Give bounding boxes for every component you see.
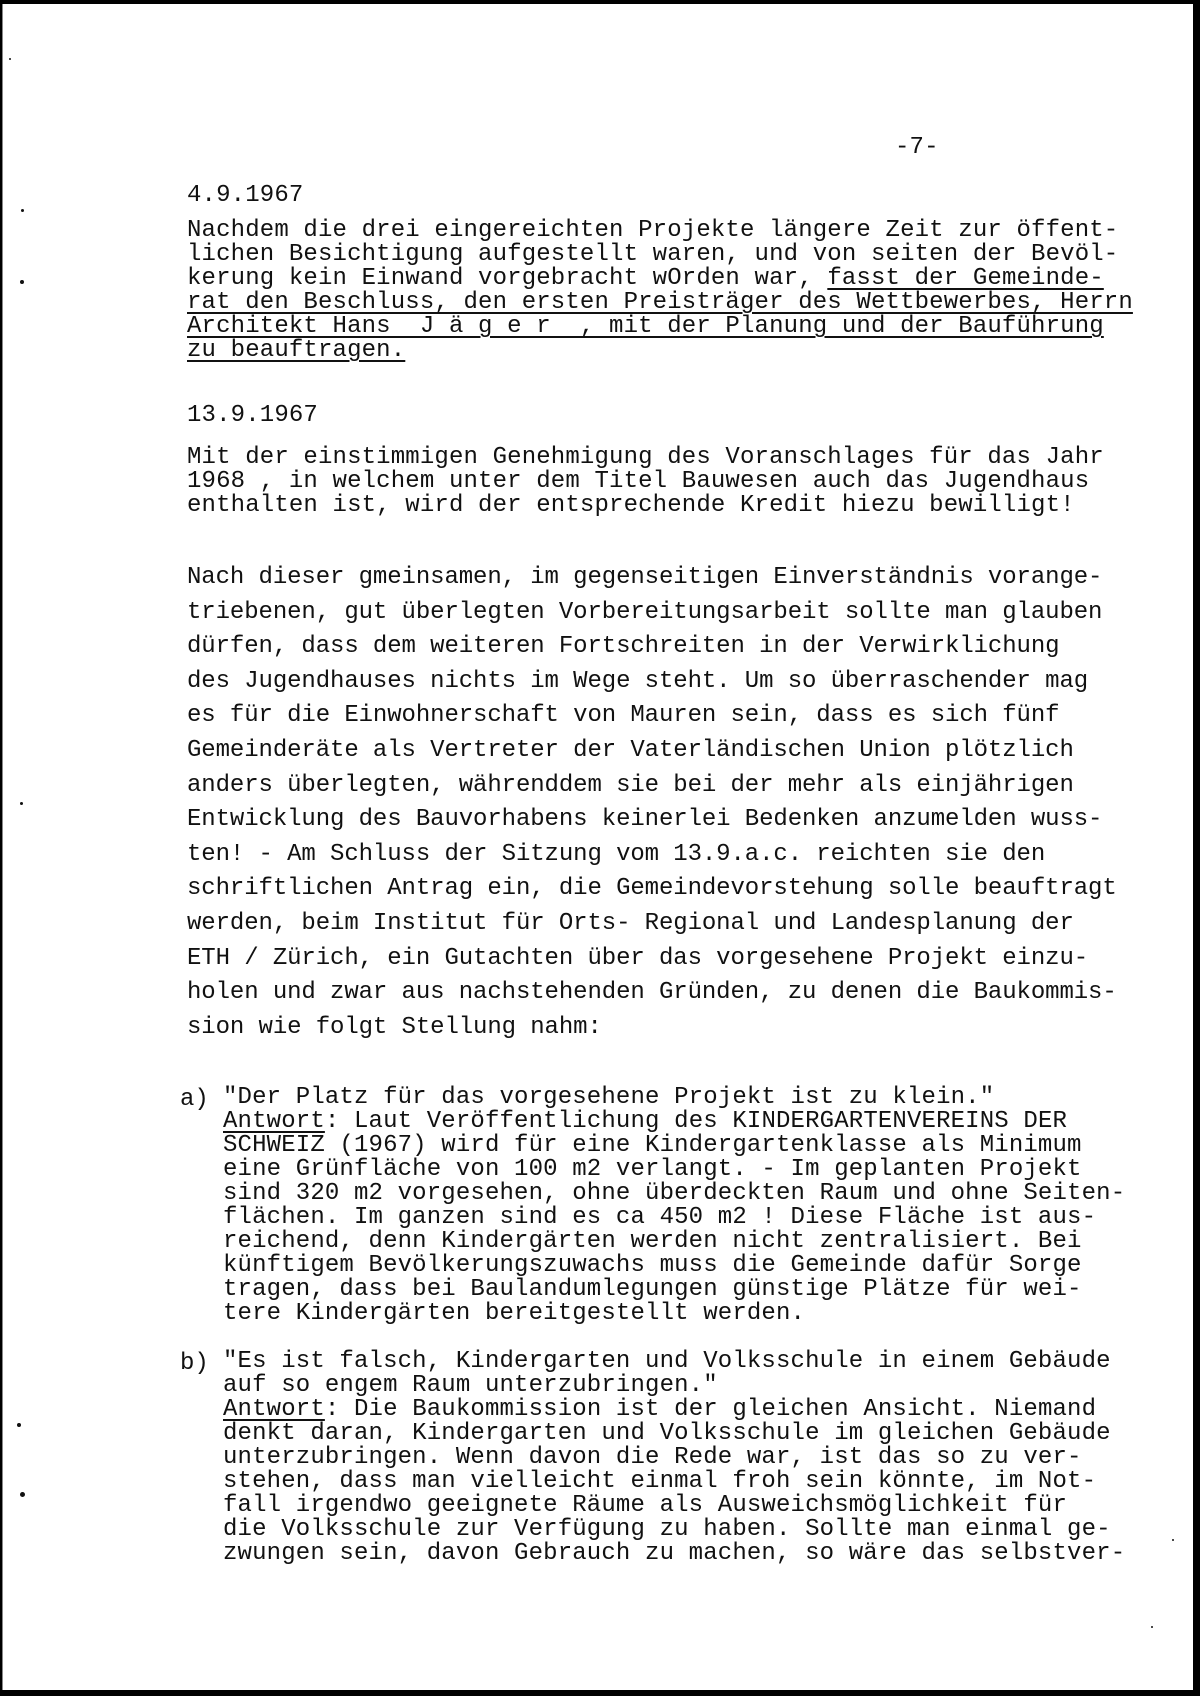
item-b-quote: auf so engem Raum unterzubringen." (223, 1374, 718, 1398)
entry1-line-underlined: rat den Beschluss, den ersten Preisträge… (187, 291, 1133, 315)
answer-sep: : (325, 1396, 354, 1423)
item-b-answer-line: zwungen sein, davon Gebrauch zu machen, … (223, 1542, 1125, 1566)
entry2-line: enthalten ist, wird der entsprechende Kr… (187, 494, 1075, 518)
entry1-line-plain: kerung kein Einwand vorgebracht wOrden w… (187, 265, 827, 292)
answer-label: Antwort (223, 1108, 325, 1135)
item-label-a: a) (180, 1086, 209, 1113)
entry1-line: Nachdem die drei eingereichten Projekte … (187, 219, 1118, 243)
paragraph-line: holen und zwar aus nachstehenden Gründen… (187, 981, 1117, 1005)
item-label-b: b) (180, 1350, 209, 1377)
entry-date-2: 13.9.1967 (187, 402, 318, 429)
scan-speck (20, 802, 23, 805)
item-b-answer-line: denkt daran, Kindergarten und Volksschul… (223, 1422, 1111, 1446)
entry-date-1: 4.9.1967 (187, 182, 303, 209)
paragraph-line: des Jugendhauses nichts im Wege steht. U… (187, 670, 1088, 694)
entry1-line: lichen Besichtigung aufgestellt waren, u… (187, 243, 1118, 267)
paragraph-line: Nach dieser gmeinsamen, im gegenseitigen… (187, 566, 1102, 590)
paragraph-line: sion wie folgt Stellung nahm: (187, 1016, 602, 1040)
paragraph-line: dürfen, dass dem weiteren Fortschreiten … (187, 635, 1059, 659)
paragraph-line: anders überlegten, währenddem sie bei de… (187, 774, 1074, 798)
entry2-line: Mit der einstimmigen Genehmigung des Vor… (187, 446, 1104, 470)
scan-speck (20, 280, 24, 284)
entry1-line-underlined: fasst der Gemeinde- (827, 265, 1104, 292)
answer-sep: : (325, 1108, 354, 1135)
item-b-answer-first: Antwort: Die Baukommission ist der gleic… (223, 1398, 1096, 1422)
item-a-answer-line: sind 320 m2 vorgesehen, ohne überdeckten… (223, 1182, 1125, 1206)
paragraph-line: triebenen, gut überlegten Vorbereitungsa… (187, 601, 1102, 625)
paragraph-line: Gemeinderäte als Vertreter der Vaterländ… (187, 739, 1074, 763)
item-a-answer-line: künftigem Bevölkerungszuwachs muss die G… (223, 1254, 1082, 1278)
paragraph-line: schriftlichen Antrag ein, die Gemeindevo… (187, 877, 1117, 901)
scan-speck (1172, 1539, 1174, 1541)
scan-speck (21, 209, 24, 212)
item-a-answer-line: eine Grünfläche von 100 m2 verlangt. - I… (223, 1158, 1082, 1182)
scan-speck (1151, 1626, 1153, 1628)
item-a-answer-line: tragen, dass bei Baulandumlegungen günst… (223, 1278, 1082, 1302)
paragraph-line: ETH / Zürich, ein Gutachten über das vor… (187, 947, 1088, 971)
item-a-answer-first: Antwort: Laut Veröffentlichung des KINDE… (223, 1110, 1067, 1134)
item-b-answer-line: die Volksschule zur Verfügung zu haben. … (223, 1518, 1111, 1542)
item-b-answer-line: stehen, dass man vielleicht einmal froh … (223, 1470, 1096, 1494)
item-b-answer-line: unterzubringen. Wenn davon die Rede war,… (223, 1446, 1082, 1470)
item-a-answer-line: reichend, denn Kindergärten werden nicht… (223, 1230, 1082, 1254)
paragraph-line: Entwicklung des Bauvorhabens keinerlei B… (187, 808, 1102, 832)
paragraph-line: werden, beim Institut für Orts- Regional… (187, 912, 1074, 936)
item-b-answer-line: fall irgendwo geeignete Räume als Auswei… (223, 1494, 1067, 1518)
entry1-line: kerung kein Einwand vorgebracht wOrden w… (187, 267, 1104, 291)
answer-text: Laut Veröffentlichung des KINDERGARTENVE… (354, 1108, 1067, 1135)
paragraph-line: ten! - Am Schluss der Sitzung vom 13.9.a… (187, 843, 1045, 867)
answer-label: Antwort (223, 1396, 325, 1423)
answer-text: Die Baukommission ist der gleichen Ansic… (354, 1396, 1096, 1423)
entry2-line: 1968 , in welchem unter dem Titel Bauwes… (187, 470, 1089, 494)
entry1-line-underlined: zu beauftragen. (187, 339, 405, 363)
paragraph-line: es für die Einwohnerschaft von Mauren se… (187, 704, 1059, 728)
item-a-answer-line: SCHWEIZ (1967) wird für eine Kindergarte… (223, 1134, 1082, 1158)
document-page: -7- 4.9.1967 Nachdem die drei eingereich… (2, 4, 1193, 1690)
page-number: -7- (895, 134, 939, 161)
item-a-quote: "Der Platz für das vorgesehene Projekt i… (223, 1086, 994, 1110)
scan-speck (20, 1492, 25, 1497)
entry1-line-underlined: Architekt Hans J ä g e r , mit der Planu… (187, 315, 1104, 339)
item-a-answer-line: tere Kindergärten bereitgestellt werden. (223, 1302, 805, 1326)
scan-speck (9, 58, 11, 60)
scan-speck (17, 1423, 21, 1427)
item-b-quote: "Es ist falsch, Kindergarten und Volkssc… (223, 1350, 1111, 1374)
item-a-answer-line: flächen. Im ganzen sind es ca 450 m2 ! D… (223, 1206, 1096, 1230)
